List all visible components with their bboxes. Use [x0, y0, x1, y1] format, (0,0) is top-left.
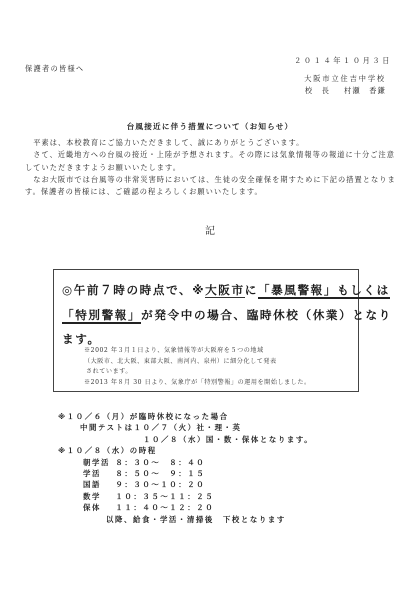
period-subject: 数学: [83, 491, 107, 502]
document-title: 台風接近に伴う措置について（お知らせ）: [0, 121, 420, 132]
document-date: ２０１４年１０月３日: [294, 56, 392, 66]
period-subject: 国語: [83, 479, 107, 490]
body-paragraphs: 平素は、本校教育にご協力いただきまして、誠にありがとうございます。 さて、近畿地…: [25, 137, 397, 198]
footnote-line: ※2013 年８月 30 日より、気象庁が「特別警報」の運用を開始しました。: [84, 378, 311, 389]
period-subject: 朝学活: [83, 457, 107, 468]
school-name: 大阪市立住吉中学校: [304, 74, 386, 84]
notice-footnotes: ※2002 年３月１日より、気象情報等が大阪府を５つの地域 （大阪市、北大阪、東…: [84, 346, 311, 389]
exam-line-2: １０／８（水）国・数・保体となります。: [58, 434, 313, 445]
period-row: 数学 １０：３５～１１：２５: [58, 491, 313, 502]
exam-line-1: 中間テストは１０／７（火）社・理・英: [58, 422, 313, 433]
osaka-city-term: 大阪市: [205, 283, 245, 298]
footnote-line: ※2002 年３月１日より、気象情報等が大阪府を５つの地域: [84, 346, 311, 357]
principal-title: 校 長: [305, 86, 330, 96]
period-time: １０：３５～１１：２５: [115, 492, 214, 501]
paragraph-greeting: 平素は、本校教育にご協力いただきまして、誠にありがとうございます。: [25, 137, 397, 149]
closure-rule-line-2: 「特別警報」が発令中の場合、臨時休校（休業）となり: [62, 303, 358, 328]
period-time: １１：４０～１２：２０: [115, 503, 214, 512]
special-warning-term: 「特別警報」: [62, 308, 141, 324]
after-school-note: 以降、給食・学活・清掃後 下校となります: [58, 514, 313, 525]
period-time: ９：３０～１０：２０: [115, 480, 205, 489]
principal-name: 村瀬 香鎌: [344, 86, 386, 96]
footnote-line: されています。: [84, 367, 311, 378]
period-row: 学活 ８：５０～ ９：１５: [58, 468, 313, 479]
principal: 校 長 村瀬 香鎌: [305, 86, 386, 96]
timetable-heading: ※１０／８（水）の時程: [58, 445, 313, 456]
recipient: 保護者の皆様へ: [25, 64, 84, 74]
period-row: 保体 １１：４０～１２：２０: [58, 502, 313, 513]
period-time: ８：５０～ ９：１５: [115, 469, 205, 478]
closure-rule-line-1: ◎午前７時の時点で、※大阪市に「暴風警報」もしくは: [62, 278, 358, 303]
ki-heading: 記: [0, 222, 420, 237]
period-row: 朝学活 ８：３０～ ８：４０: [58, 457, 313, 468]
case-heading: ※１０／６（月）が臨時休校になった場合: [58, 411, 313, 422]
footnote-line: （大阪市、北大阪、東部大阪、南河内、泉州）に細分化して発表: [84, 357, 311, 368]
period-time: ８：３０～ ８：４０: [115, 458, 205, 467]
schedule-section: ※１０／６（月）が臨時休校になった場合 中間テストは１０／７（火）社・理・英 １…: [58, 411, 313, 525]
notice-box: ◎午前７時の時点で、※大阪市に「暴風警報」もしくは 「特別警報」が発令中の場合、…: [53, 269, 359, 392]
storm-warning-term: 「暴風警報」もしくは: [258, 283, 390, 299]
closure-rule: ◎午前７時の時点で、※大阪市に「暴風警報」もしくは 「特別警報」が発令中の場合、…: [62, 278, 358, 352]
period-subject: 学活: [83, 468, 107, 479]
period-subject: 保体: [83, 502, 107, 513]
paragraph-typhoon: さて、近畿地方への台風の接近・上陸が予想されます。その際には気象情報等の報道に十…: [25, 149, 397, 174]
paragraph-measures: なお大阪市では台風等の非常災害時においては、生徒の安全確保を期すために下記の措置…: [25, 174, 397, 199]
period-row: 国語 ９：３０～１０：２０: [58, 479, 313, 490]
